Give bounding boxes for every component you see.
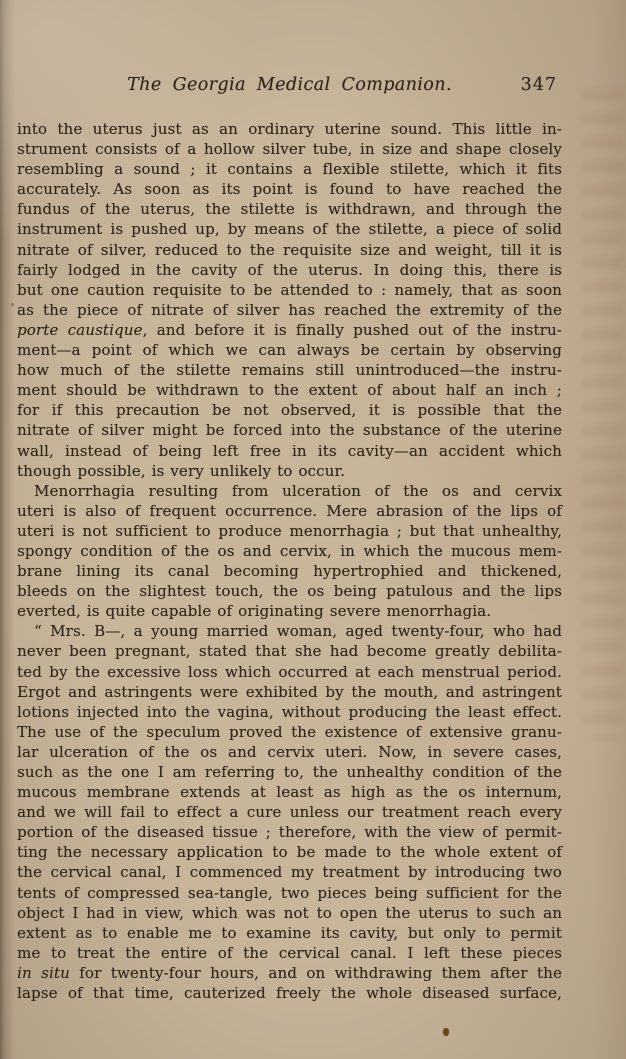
text-segment: but one caution requisite to be attended… — [17, 281, 562, 299]
text-segment: portion of the diseased tissue ; therefo… — [17, 823, 562, 841]
text-segment: for if this precaution be not observed, … — [17, 401, 562, 419]
text-line: fairly lodged in the cavity of the uteru… — [17, 260, 562, 280]
text-segment: nitrate of silver might be forced into t… — [17, 421, 562, 439]
text-segment: fundus of the uterus, the stilette is wi… — [17, 200, 562, 218]
text-line: me to treat the entire of the cervical c… — [17, 943, 562, 963]
page-number: 347 — [521, 72, 557, 98]
text-segment: uteri is not sufficient to produce menor… — [17, 522, 562, 540]
text-segment: ting the necessary application to be mad… — [17, 843, 562, 861]
text-segment: Menorrhagia resulting from ulceration of… — [34, 482, 562, 500]
text-line: ment should be withdrawn to the extent o… — [17, 380, 562, 400]
text-segment: as the piece of nitrate of silver has re… — [17, 301, 562, 319]
text-line: strument consists of a hollow silver tub… — [17, 139, 562, 159]
ink-speck — [443, 1028, 449, 1036]
text-line: lotions injected into the vagina, withou… — [17, 702, 562, 722]
text-segment: “ Mrs. B—, a young married woman, aged t… — [34, 622, 562, 640]
text-segment: strument consists of a hollow silver tub… — [17, 140, 562, 158]
text-line: lar ulceration of the os and cervix uter… — [17, 742, 562, 762]
paragraph: into the uterus just as an ordinary uter… — [17, 119, 562, 481]
text-line: extent as to enable me to examine its ca… — [17, 923, 562, 943]
text-line: such as the one I am referring to, the u… — [17, 762, 562, 782]
text-segment: The use of the speculum proved the exist… — [17, 723, 562, 741]
text-line: ting the necessary application to be mad… — [17, 842, 562, 862]
text-segment: such as the one I am referring to, the u… — [17, 763, 562, 781]
text-line: accurately. As soon as its point is foun… — [17, 179, 562, 199]
text-segment: resembling a sound ; it contains a flexi… — [17, 160, 562, 178]
text-line: but one caution requisite to be attended… — [17, 280, 562, 300]
text-line: spongy condition of the os and cervix, i… — [17, 541, 562, 561]
text-segment: fairly lodged in the cavity of the uteru… — [17, 261, 562, 279]
text-segment: object I had in view, which was not to o… — [17, 904, 562, 922]
text-line: brane lining its canal becoming hypertro… — [17, 561, 562, 581]
text-segment: ment should be withdrawn to the extent o… — [17, 381, 562, 399]
journal-title: The Georgia Medical Companion. — [17, 72, 562, 98]
text-line: for if this precaution be not observed, … — [17, 400, 562, 420]
text-segment: ted by the excessive loss which occurred… — [17, 663, 562, 681]
text-segment: Ergot and astringents were exhibited by … — [17, 683, 562, 701]
text-segment: instrument is pushed up, by means of the… — [17, 220, 562, 238]
text-segment: , and before it is finally pushed out of… — [143, 321, 562, 339]
text-line: Ergot and astringents were exhibited by … — [17, 682, 562, 702]
text-line: as the piece of nitrate of silver has re… — [17, 300, 562, 320]
text-line: everted, is quite capable of originating… — [17, 601, 562, 621]
text-line: ted by the excessive loss which occurred… — [17, 662, 562, 682]
text-line: mucous membrane extends at least as high… — [17, 782, 562, 802]
text-segment: lapse of that time, cauterized freely th… — [17, 984, 562, 1002]
text-line: wall, instead of being left free in its … — [17, 441, 562, 461]
text-segment: into the uterus just as an ordinary uter… — [17, 120, 562, 138]
text-segment: wall, instead of being left free in its … — [17, 442, 562, 460]
text-line: porte caustique, and before it is finall… — [17, 320, 562, 340]
text-line: nitrate of silver might be forced into t… — [17, 420, 562, 440]
page-content: The Georgia Medical Companion. 347 into … — [17, 72, 562, 1003]
text-segment: accurately. As soon as its point is foun… — [17, 180, 562, 198]
text-segment: the cervical canal, I commenced my treat… — [17, 863, 562, 881]
text-segment: though possible, is very unlikely to occ… — [17, 462, 345, 480]
text-segment: extent as to enable me to examine its ca… — [17, 924, 562, 942]
text-line: and we will fail to effect a cure unless… — [17, 802, 562, 822]
book-page-scan: The Georgia Medical Companion. 347 into … — [0, 0, 626, 1059]
text-line: ment—a point of which we can always be c… — [17, 340, 562, 360]
text-line: into the uterus just as an ordinary uter… — [17, 119, 562, 139]
ink-speck-small — [11, 303, 14, 306]
text-line: never been pregnant, stated that she had… — [17, 641, 562, 661]
text-line: lapse of that time, cauterized freely th… — [17, 983, 562, 1003]
paragraph: Menorrhagia resulting from ulceration of… — [17, 481, 562, 622]
text-segment: tents of compressed sea-tangle, two piec… — [17, 884, 562, 902]
text-line: The use of the speculum proved the exist… — [17, 722, 562, 742]
text-line: portion of the diseased tissue ; therefo… — [17, 822, 562, 842]
text-line: the cervical canal, I commenced my treat… — [17, 862, 562, 882]
text-segment: ment—a point of which we can always be c… — [17, 341, 562, 359]
text-segment: lotions injected into the vagina, withou… — [17, 703, 562, 721]
text-segment: brane lining its canal becoming hypertro… — [17, 562, 562, 580]
text-segment: and we will fail to effect a cure unless… — [17, 803, 562, 821]
text-line: tents of compressed sea-tangle, two piec… — [17, 883, 562, 903]
italic-phrase: porte caustique — [17, 321, 143, 339]
text-line: object I had in view, which was not to o… — [17, 903, 562, 923]
text-line: Menorrhagia resulting from ulceration of… — [17, 481, 562, 501]
text-line: though possible, is very unlikely to occ… — [17, 461, 562, 481]
page-body: into the uterus just as an ordinary uter… — [17, 119, 562, 1003]
text-line: how much of the stilette remains still u… — [17, 360, 562, 380]
text-segment: nitrate of silver, reduced to the requis… — [17, 241, 562, 259]
text-segment: bleeds on the slightest touch, the os be… — [17, 582, 562, 600]
ink-bleed-through — [582, 90, 624, 740]
italic-phrase: in situ — [17, 964, 70, 982]
text-line: “ Mrs. B—, a young married woman, aged t… — [17, 621, 562, 641]
text-line: uteri is not sufficient to produce menor… — [17, 521, 562, 541]
text-line: bleeds on the slightest touch, the os be… — [17, 581, 562, 601]
paragraph: “ Mrs. B—, a young married woman, aged t… — [17, 621, 562, 1003]
text-segment: uteri is also of frequent occurrence. Me… — [17, 502, 562, 520]
text-segment: lar ulceration of the os and cervix uter… — [17, 743, 562, 761]
text-segment: me to treat the entire of the cervical c… — [17, 944, 562, 962]
text-line: uteri is also of frequent occurrence. Me… — [17, 501, 562, 521]
text-segment: never been pregnant, stated that she had… — [17, 642, 562, 660]
text-line: in situ for twenty-four hours, and on wi… — [17, 963, 562, 983]
text-segment: how much of the stilette remains still u… — [17, 361, 562, 379]
text-line: nitrate of silver, reduced to the requis… — [17, 240, 562, 260]
text-line: fundus of the uterus, the stilette is wi… — [17, 199, 562, 219]
text-segment: everted, is quite capable of originating… — [17, 602, 491, 620]
text-segment: spongy condition of the os and cervix, i… — [17, 542, 562, 560]
text-line: instrument is pushed up, by means of the… — [17, 219, 562, 239]
text-line: resembling a sound ; it contains a flexi… — [17, 159, 562, 179]
running-header: The Georgia Medical Companion. 347 — [17, 72, 562, 98]
text-segment: for twenty-four hours, and on withdrawin… — [70, 964, 562, 982]
text-segment: mucous membrane extends at least as high… — [17, 783, 562, 801]
